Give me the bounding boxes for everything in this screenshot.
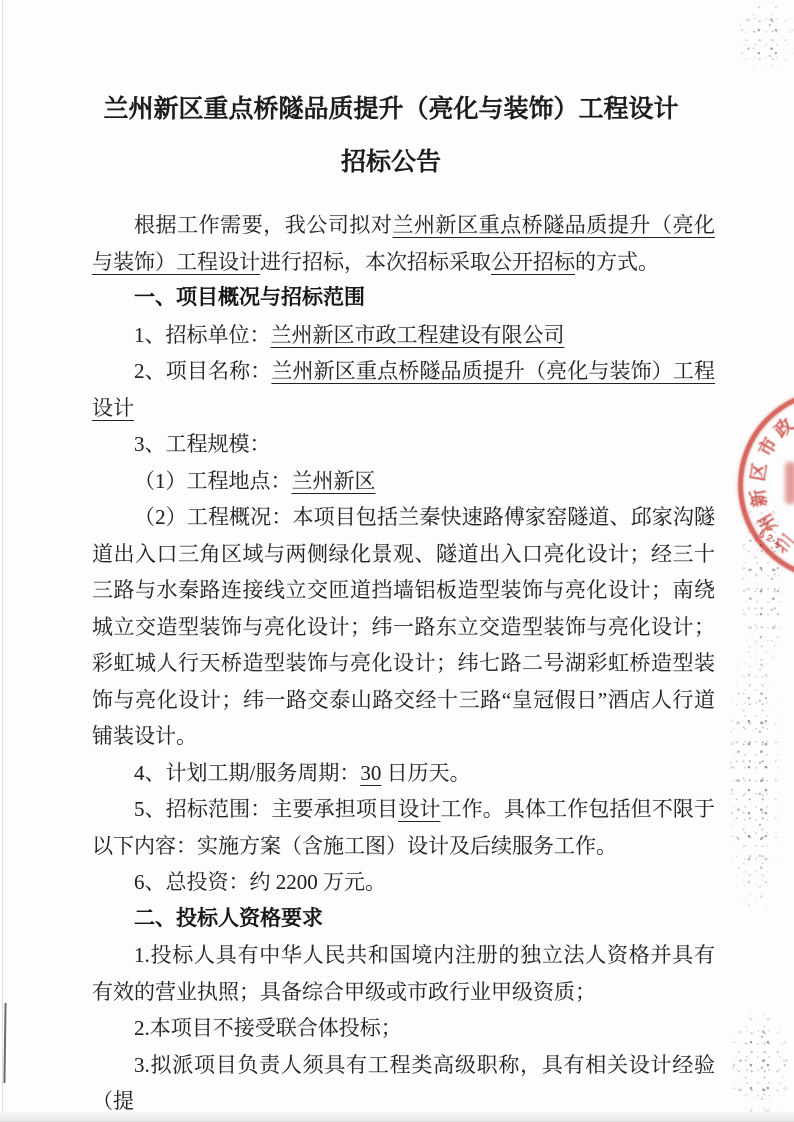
- scan-smudge-bottom-right: [730, 1012, 790, 1117]
- seal-inner-text-fragment: [785, 462, 794, 504]
- item-bid-scope-design-underlined: 设计: [398, 797, 440, 821]
- intro-text-pre: 根据工作需要，我公司拟对: [134, 213, 392, 237]
- item-project-location: （1）工程地点：兰州新区: [92, 463, 715, 500]
- seal-arc-char: 区: [746, 459, 771, 484]
- item-bid-scope: 5、招标范围：主要承担项目设计工作。具体工作包括但不限于以下内容：实施方案（含施…: [92, 791, 715, 864]
- document-subtitle: 招标公告: [0, 141, 788, 183]
- scanned-document-page: 兰州新区重点桥隧品质提升（亮化与装饰）工程设计 招标公告 根据工作需要，我公司拟…: [0, 0, 794, 1122]
- item-project-name: 2、项目名称：兰州新区重点桥隧品质提升（亮化与装饰）工程设计: [92, 353, 715, 426]
- item-project-name-label: 2、项目名称：: [134, 359, 271, 383]
- item-total-investment: 6、总投资：约 2200 万元。: [92, 864, 715, 901]
- item-schedule-post: 日历天。: [381, 761, 470, 785]
- intro-paragraph: 根据工作需要，我公司拟对兰州新区重点桥隧品质提升（亮化与装饰）工程设计进行招标，…: [92, 207, 715, 280]
- scan-edge-line-left: [2, 0, 3, 1122]
- item-bidding-unit: 1、招标单位：兰州新区市政工程建设有限公司: [92, 317, 715, 354]
- item-schedule-label: 4、计划工期/服务周期：: [134, 761, 360, 785]
- scan-smudge-top-right: [738, 0, 794, 74]
- intro-bid-method-underlined: 公开招标: [491, 250, 575, 274]
- intro-text-mid: 进行招标，本次招标采取: [260, 250, 491, 274]
- scan-smudge-below-seal: [740, 492, 786, 667]
- item-schedule: 4、计划工期/服务周期：30 日历天。: [92, 755, 715, 792]
- intro-text-post: 的方式。: [575, 250, 659, 274]
- qualification-item-3: 3.拟派项目负责人须具有工程类高级职称，具有相关设计经验（提: [92, 1047, 715, 1120]
- item-bidding-unit-label: 1、招标单位：: [134, 323, 271, 347]
- document-title-block: 兰州新区重点桥隧品质提升（亮化与装饰）工程设计 招标公告: [0, 88, 788, 183]
- qualification-item-2: 2.本项目不接受联合体投标；: [92, 1010, 715, 1047]
- item-project-location-label: （1）工程地点：: [134, 469, 292, 493]
- scan-smudge-right-middle: [728, 645, 782, 910]
- item-project-scale: 3、工程规模：: [92, 426, 715, 463]
- item-bid-scope-pre: 5、招标范围：主要承担项目: [134, 797, 398, 821]
- section-2-heading: 二、投标人资格要求: [92, 901, 715, 938]
- scan-edge-mark-left: [3, 1003, 6, 1083]
- item-project-location-value: 兰州新区: [292, 469, 376, 493]
- section-1-heading: 一、项目概况与招标范围: [92, 280, 715, 317]
- document-body: 根据工作需要，我公司拟对兰州新区重点桥隧品质提升（亮化与装饰）工程设计进行招标，…: [92, 207, 715, 1120]
- item-schedule-days-underlined: 30: [360, 761, 381, 785]
- qualification-item-1: 1.投标人具有中华人民共和国境内注册的独立法人资格并具有有效的营业执照；具备综合…: [92, 937, 715, 1010]
- item-project-overview: （2）工程概况：本项目包括兰秦快速路傅家窑隧道、邱家沟隧道出入口三角区域与两侧绿…: [92, 499, 715, 755]
- item-bidding-unit-value: 兰州新区市政工程建设有限公司: [271, 323, 565, 347]
- scan-bottom-edge: [0, 1112, 794, 1122]
- document-title: 兰州新区重点桥隧品质提升（亮化与装饰）工程设计: [0, 88, 788, 130]
